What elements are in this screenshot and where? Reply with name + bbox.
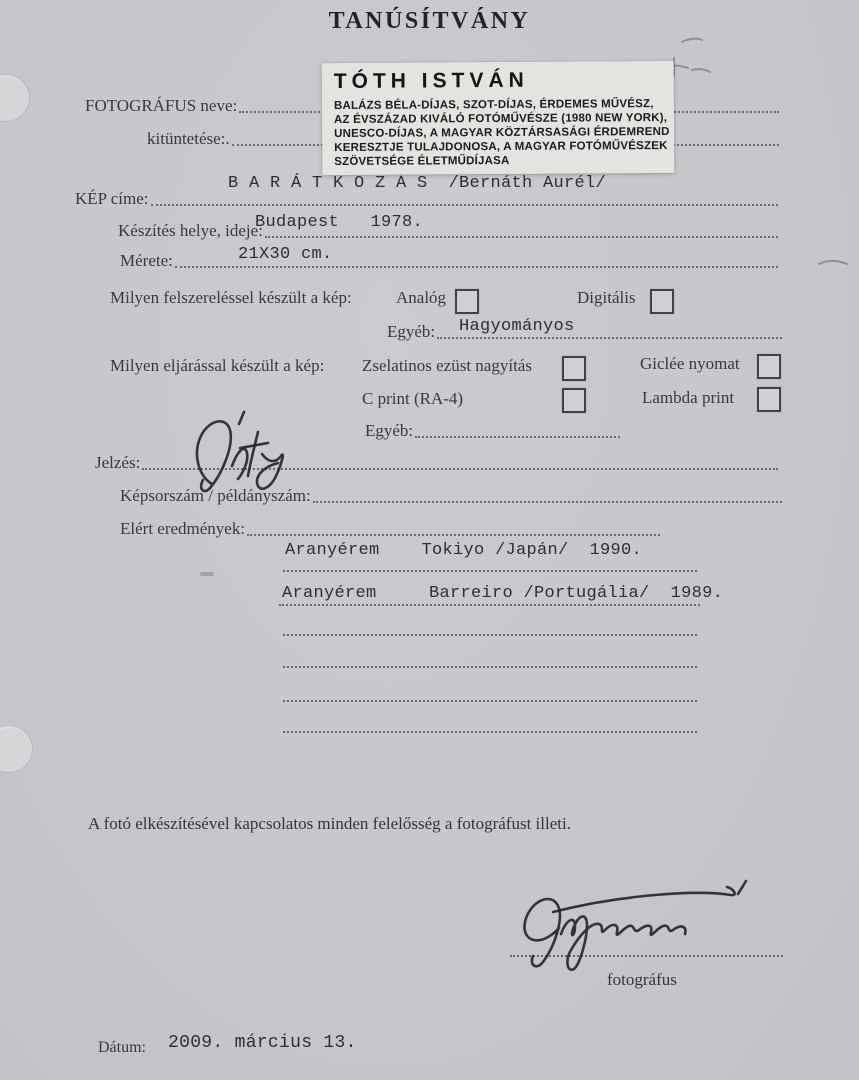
serial-line <box>313 501 782 503</box>
empty-result-line-4 <box>283 731 697 733</box>
empty-result-line-1 <box>283 634 697 636</box>
photographer-sticker: TÓTH ISTVÁN BALÁZS BÉLA-DÍJAS, SZOT-DÍJA… <box>322 61 675 175</box>
equipment-other-line <box>437 337 782 339</box>
digital-label: Digitális <box>577 288 636 308</box>
place-date-value: Budapest 1978. <box>255 214 423 232</box>
results-row: Elért eredmények: <box>120 519 660 539</box>
place-date-row: Készítés helye, ideje: <box>118 221 778 241</box>
sticker-line-5: SZÖVETSÉGE ÉLETMŰDÍJASA <box>334 153 664 169</box>
gelatin-checkbox <box>562 356 586 381</box>
result-1-value: Aranyérem Tokiyo /Japán/ 1990. <box>285 542 642 560</box>
process-other-line <box>415 436 620 438</box>
picture-title-value: B A R Á T K O Z Á S /Bernáth Aurél/ <box>228 175 606 193</box>
result-2-value: Aranyérem Barreiro /Portugália/ 1989. <box>282 585 723 603</box>
punch-hole-top <box>0 74 30 122</box>
pencil-smudge-small <box>815 252 855 276</box>
equipment-other-value: Hagyományos <box>459 318 575 336</box>
empty-result-line-3 <box>283 700 697 702</box>
giclee-label: Giclée nyomat <box>640 354 740 374</box>
scanned-certificate-document: TANÚSÍTVÁNY FOTOGRÁFUS neve: kitüntetése… <box>0 0 859 1080</box>
responsibility-note: A fotó elkészítésével kapcsolatos minden… <box>88 814 571 834</box>
result-1-line <box>283 570 697 572</box>
process-question: Milyen eljárással készült a kép: <box>110 356 324 376</box>
photographer-name-label: FOTOGRÁFUS neve: <box>85 96 237 116</box>
process-other-label: Egyéb: <box>365 421 413 441</box>
gelatin-label: Zselatinos ezüst nagyítás <box>362 356 532 376</box>
date-value: 2009. március 13. <box>168 1034 357 1052</box>
cprint-label: C print (RA-4) <box>362 389 463 409</box>
mark-label: Jelzés: <box>95 453 140 473</box>
size-label: Mérete: <box>120 251 173 271</box>
analog-label: Analóg <box>396 288 446 308</box>
analog-checkbox <box>455 289 479 314</box>
result-2-line <box>279 604 700 606</box>
process-other-row: Egyéb: <box>365 421 620 441</box>
lambda-checkbox <box>757 387 781 412</box>
picture-title-label: KÉP címe: <box>75 189 149 209</box>
results-line <box>247 534 660 536</box>
results-label: Elért eredmények: <box>120 519 245 539</box>
size-row: Mérete: <box>120 251 778 271</box>
giclee-checkbox <box>757 354 781 379</box>
cprint-checkbox <box>562 388 586 413</box>
photographer-signature <box>495 872 795 977</box>
lambda-label: Lambda print <box>642 388 734 408</box>
empty-result-line-2 <box>283 666 697 668</box>
equipment-question: Milyen felszereléssel készült a kép: <box>110 288 352 308</box>
mark-signature <box>178 404 308 499</box>
date-label: Dátum: <box>98 1038 146 1058</box>
distinction-label: kitüntetése:. <box>147 129 230 149</box>
place-date-line <box>265 236 778 238</box>
size-line <box>175 266 778 268</box>
place-date-label: Készítés helye, ideje: <box>118 221 263 241</box>
sticker-line-4: KERESZTJE TULAJDONOSA, A MAGYAR FOTÓMŰVÉ… <box>334 139 664 155</box>
scan-speck <box>200 572 214 576</box>
size-value: 21X30 cm. <box>238 246 333 264</box>
equipment-other-label: Egyéb: <box>387 322 435 342</box>
punch-hole-bottom <box>0 725 33 773</box>
equipment-other-row: Egyéb: <box>387 322 782 342</box>
digital-checkbox <box>650 289 674 314</box>
picture-title-line <box>151 204 779 206</box>
photographer-name: TÓTH ISTVÁN <box>334 68 664 94</box>
